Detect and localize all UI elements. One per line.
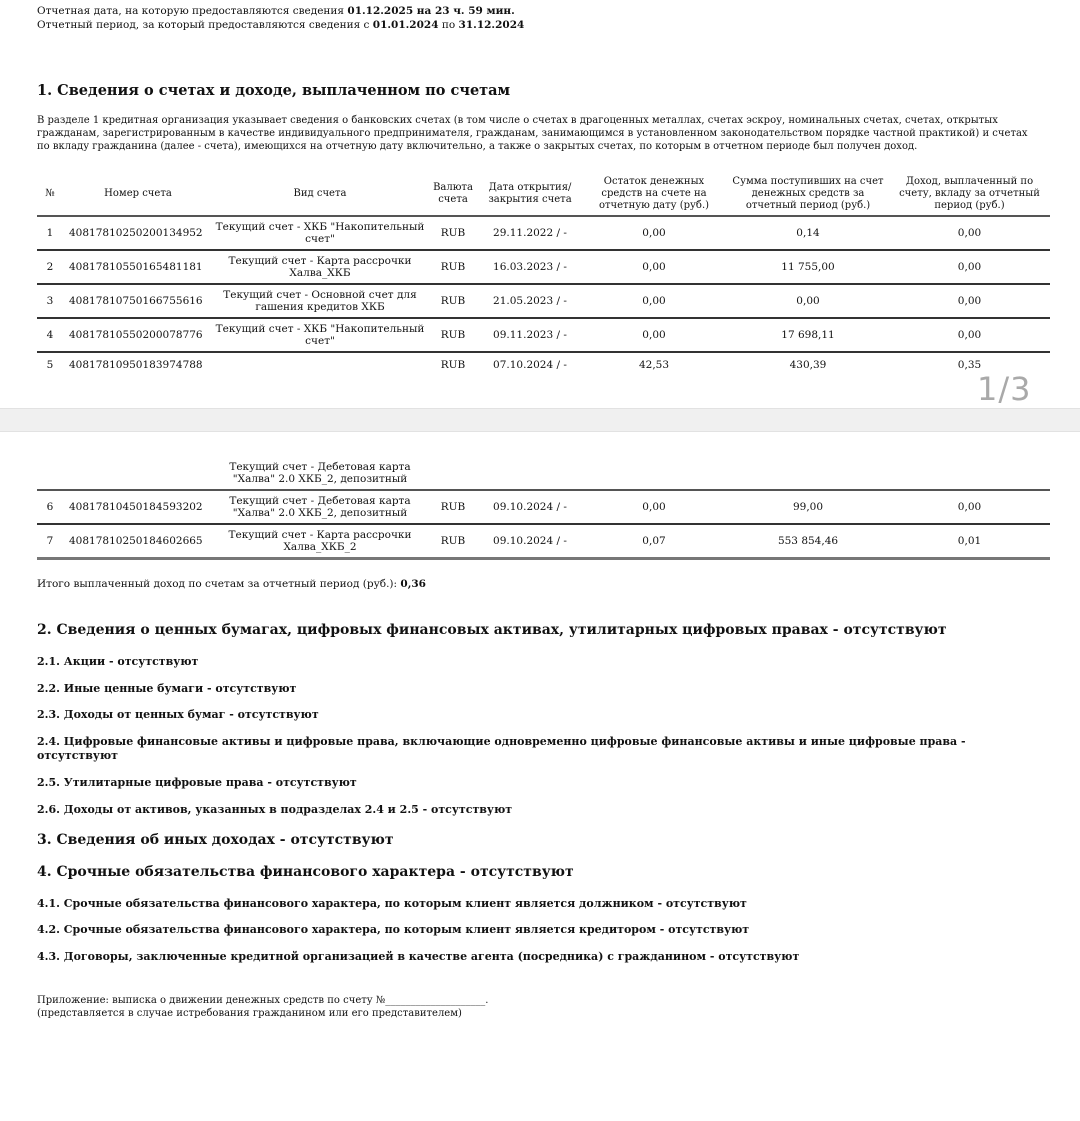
row-number: 2 <box>37 250 63 284</box>
income-total-label: Итого выплаченный доход по счетам за отч… <box>37 578 397 590</box>
row-number: 1 <box>37 216 63 250</box>
balance: 0,00 <box>581 318 727 352</box>
section-2-1: 2.1. Акции - отсутствуют <box>37 655 198 668</box>
income-amount: 0,00 <box>889 284 1050 318</box>
account-kind: Текущий счет - Основной счет для гашения… <box>213 284 427 318</box>
table-row: 5 40817810950183974788 RUB 07.10.2024 / … <box>37 352 1050 376</box>
received-amount: 430,39 <box>727 352 889 376</box>
balance: 0,00 <box>581 490 727 524</box>
section-2-5: 2.5. Утилитарные цифровые права - отсутс… <box>37 776 357 789</box>
income-total-value: 0,36 <box>400 578 426 590</box>
section-4-3: 4.3. Договоры, заключенные кредитной орг… <box>37 950 799 963</box>
table-row: 1 40817810250200134952 Текущий счет - ХК… <box>37 216 1050 250</box>
received-amount: 17 698,11 <box>727 318 889 352</box>
account-number: 40817810550165481181 <box>63 250 213 284</box>
col-account-number: Номер счета <box>63 172 213 216</box>
col-balance: Остаток денежных средств на счете на отч… <box>581 172 727 216</box>
received-amount: 99,00 <box>727 490 889 524</box>
period-separator: по <box>442 19 455 31</box>
appendix-line-1: Приложение: выписка о движении денежных … <box>37 994 488 1007</box>
accounts-table: № Номер счета Вид счета Валюта счета Дат… <box>37 172 1050 376</box>
open-close-dates: 16.03.2023 / - <box>479 250 581 284</box>
section-3-title: 3. Сведения об иных доходах - отсутствую… <box>37 832 394 848</box>
income-amount: 0,00 <box>889 250 1050 284</box>
account-number: 40817810550200078776 <box>63 318 213 352</box>
currency: RUB <box>427 216 479 250</box>
col-number: № <box>37 172 63 216</box>
account-number: 40817810950183974788 <box>63 352 213 376</box>
account-kind: Текущий счет - ХКБ "Накопительный счет" <box>213 318 427 352</box>
income-total: Итого выплаченный доход по счетам за отч… <box>37 578 426 590</box>
income-amount: 0,00 <box>889 216 1050 250</box>
received-amount: 11 755,00 <box>727 250 889 284</box>
section-2-6: 2.6. Доходы от активов, указанных в подр… <box>37 803 512 816</box>
col-income: Доход, выплаченный по счету, вкладу за о… <box>889 172 1050 216</box>
report-date-line: Отчетная дата, на которую предоставляютс… <box>37 5 515 18</box>
section-4-title: 4. Срочные обязательства финансового хар… <box>37 864 574 880</box>
table-row: 6 40817810450184593202 Текущий счет - Де… <box>37 490 1050 524</box>
page-counter: 1/3 <box>977 370 1032 408</box>
account-kind-continued <box>213 352 427 376</box>
col-received: Сумма поступивших на счет денежных средс… <box>727 172 889 216</box>
open-close-dates: 07.10.2024 / - <box>479 352 581 376</box>
section-1-intro: В разделе 1 кредитная организация указыв… <box>37 114 1042 153</box>
table-row: 4 40817810550200078776 Текущий счет - ХК… <box>37 318 1050 352</box>
account-kind: Текущий счет - Карта рассрочки Халва_ХКБ… <box>213 524 427 558</box>
account-kind: Текущий счет - ХКБ "Накопительный счет" <box>213 216 427 250</box>
section-2-4: 2.4. Цифровые финансовые активы и цифров… <box>37 735 1037 763</box>
table-row: 2 40817810550165481181 Текущий счет - Ка… <box>37 250 1050 284</box>
row-number: 5 <box>37 352 63 376</box>
section-4-1: 4.1. Срочные обязательства финансового х… <box>37 897 747 910</box>
received-amount: 0,00 <box>727 284 889 318</box>
account-number: 40817810250200134952 <box>63 216 213 250</box>
report-date-value: 01.12.2025 на 23 ч. 59 мин. <box>347 5 514 17</box>
section-2-2: 2.2. Иные ценные бумаги - отсутствуют <box>37 682 296 695</box>
account-kind: Текущий счет - Дебетовая карта "Халва" 2… <box>213 456 427 490</box>
account-kind: Текущий счет - Дебетовая карта "Халва" 2… <box>213 490 427 524</box>
report-date-label: Отчетная дата, на которую предоставляютс… <box>37 5 344 17</box>
received-amount: 0,14 <box>727 216 889 250</box>
income-amount: 0,01 <box>889 524 1050 558</box>
section-2-3: 2.3. Доходы от ценных бумаг - отсутствую… <box>37 708 319 721</box>
section-1-title: 1. Сведения о счетах и доходе, выплаченн… <box>37 82 510 99</box>
account-number: 40817810450184593202 <box>63 490 213 524</box>
row-number: 4 <box>37 318 63 352</box>
balance: 0,00 <box>581 250 727 284</box>
currency: RUB <box>427 490 479 524</box>
currency: RUB <box>427 318 479 352</box>
section-2-title: 2. Сведения о ценных бумагах, цифровых ф… <box>37 622 947 638</box>
table-row: 3 40817810750166755616 Текущий счет - Ос… <box>37 284 1050 318</box>
accounts-table-header: № Номер счета Вид счета Валюта счета Дат… <box>37 172 1050 216</box>
document-page-1: Отчетная дата, на которую предоставляютс… <box>0 0 1080 408</box>
row-number: 6 <box>37 490 63 524</box>
col-currency: Валюта счета <box>427 172 479 216</box>
open-close-dates: 09.10.2024 / - <box>479 490 581 524</box>
accounts-table-continued: Текущий счет - Дебетовая карта "Халва" 2… <box>37 456 1050 560</box>
open-close-dates: 09.11.2023 / - <box>479 318 581 352</box>
open-close-dates: 21.05.2023 / - <box>479 284 581 318</box>
account-number: 40817810250184602665 <box>63 524 213 558</box>
col-account-kind: Вид счета <box>213 172 427 216</box>
balance: 42,53 <box>581 352 727 376</box>
currency: RUB <box>427 352 479 376</box>
report-period-line: Отчетный период, за который предоставляю… <box>37 19 524 32</box>
balance: 0,00 <box>581 284 727 318</box>
income-amount: 0,00 <box>889 490 1050 524</box>
table-row-continuation: Текущий счет - Дебетовая карта "Халва" 2… <box>37 456 1050 490</box>
open-close-dates: 09.10.2024 / - <box>479 524 581 558</box>
account-number: 40817810750166755616 <box>63 284 213 318</box>
account-kind: Текущий счет - Карта рассрочки Халва_ХКБ <box>213 250 427 284</box>
row-number: 3 <box>37 284 63 318</box>
page-separator <box>0 408 1080 432</box>
balance: 0,00 <box>581 216 727 250</box>
balance: 0,07 <box>581 524 727 558</box>
currency: RUB <box>427 250 479 284</box>
currency: RUB <box>427 524 479 558</box>
table-row: 7 40817810250184602665 Текущий счет - Ка… <box>37 524 1050 558</box>
open-close-dates: 29.11.2022 / - <box>479 216 581 250</box>
income-amount: 0,00 <box>889 318 1050 352</box>
section-4-2: 4.2. Срочные обязательства финансового х… <box>37 923 749 936</box>
appendix-note: Приложение: выписка о движении денежных … <box>37 994 488 1020</box>
appendix-line-2: (представляется в случае истребования гр… <box>37 1007 488 1020</box>
row-number: 7 <box>37 524 63 558</box>
received-amount: 553 854,46 <box>727 524 889 558</box>
currency: RUB <box>427 284 479 318</box>
period-label: Отчетный период, за который предоставляю… <box>37 19 369 31</box>
period-from: 01.01.2024 <box>373 19 439 31</box>
period-to: 31.12.2024 <box>459 19 525 31</box>
col-dates: Дата открытия/ закрытия счета <box>479 172 581 216</box>
